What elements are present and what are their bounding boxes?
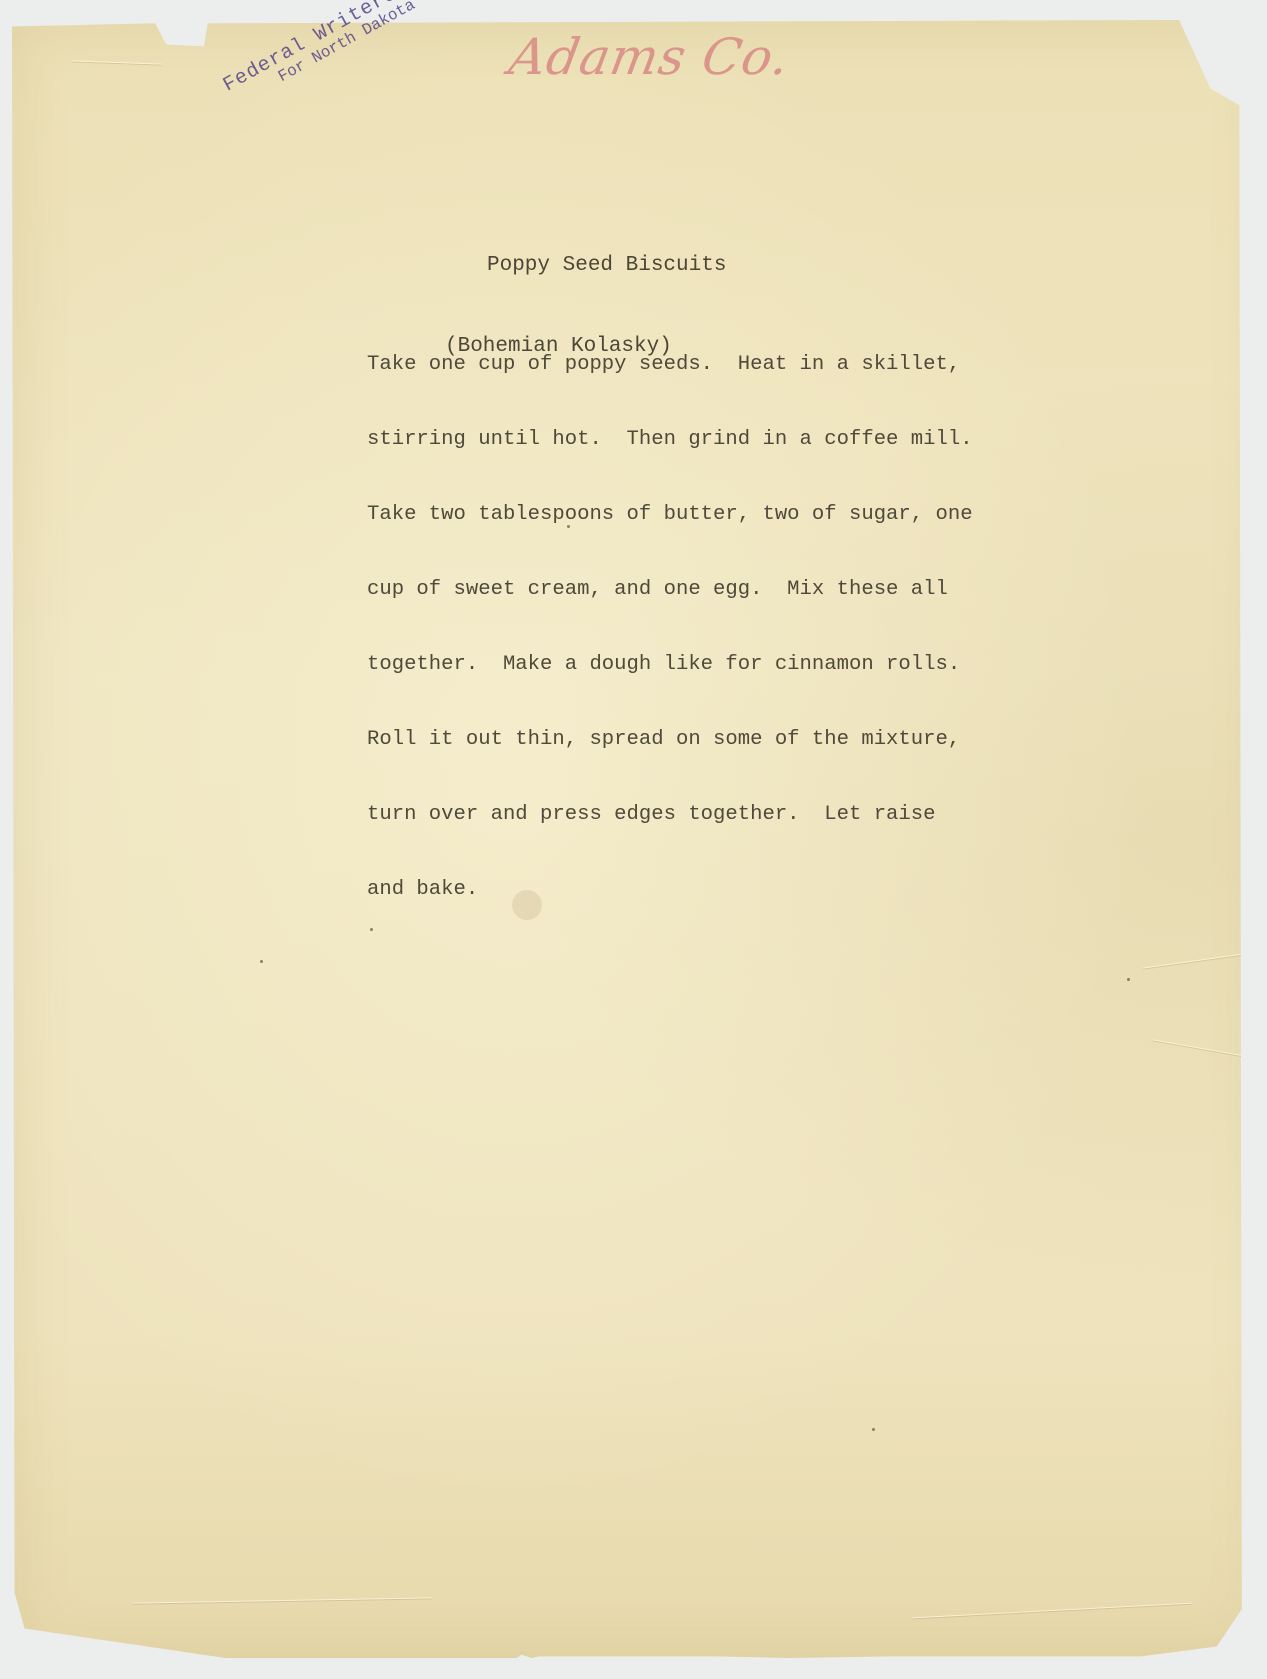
- paper-crease: [1142, 952, 1251, 968]
- recipe-title: Poppy Seed Biscuits: [445, 252, 726, 279]
- body-line: cup of sweet cream, and one egg. Mix the…: [367, 577, 973, 602]
- body-line: Roll it out thin, spread on some of the …: [367, 727, 973, 752]
- handwritten-county-annotation: Adams Co.: [505, 28, 794, 86]
- paper-speck: [872, 1428, 875, 1431]
- paper-crease: [132, 1597, 432, 1603]
- paper-speck: [260, 960, 263, 963]
- paper-speck: [1127, 978, 1130, 981]
- body-line: stirring until hot. Then grind in a coff…: [367, 427, 973, 452]
- body-line: Take one cup of poppy seeds. Heat in a s…: [367, 352, 973, 377]
- paper-speck: [370, 928, 373, 931]
- paper-crease: [912, 1603, 1192, 1619]
- body-line: Take two tablespoons of butter, two of s…: [367, 502, 973, 527]
- body-line: and bake.: [367, 877, 973, 902]
- paper-crease: [72, 60, 162, 64]
- paper-fold-line: [1259, 90, 1261, 1630]
- paper-crease: [1153, 1039, 1252, 1057]
- recipe-body: Take one cup of poppy seeds. Heat in a s…: [367, 302, 973, 927]
- body-line: together. Make a dough like for cinnamon…: [367, 652, 973, 677]
- body-line: turn over and press edges together. Let …: [367, 802, 973, 827]
